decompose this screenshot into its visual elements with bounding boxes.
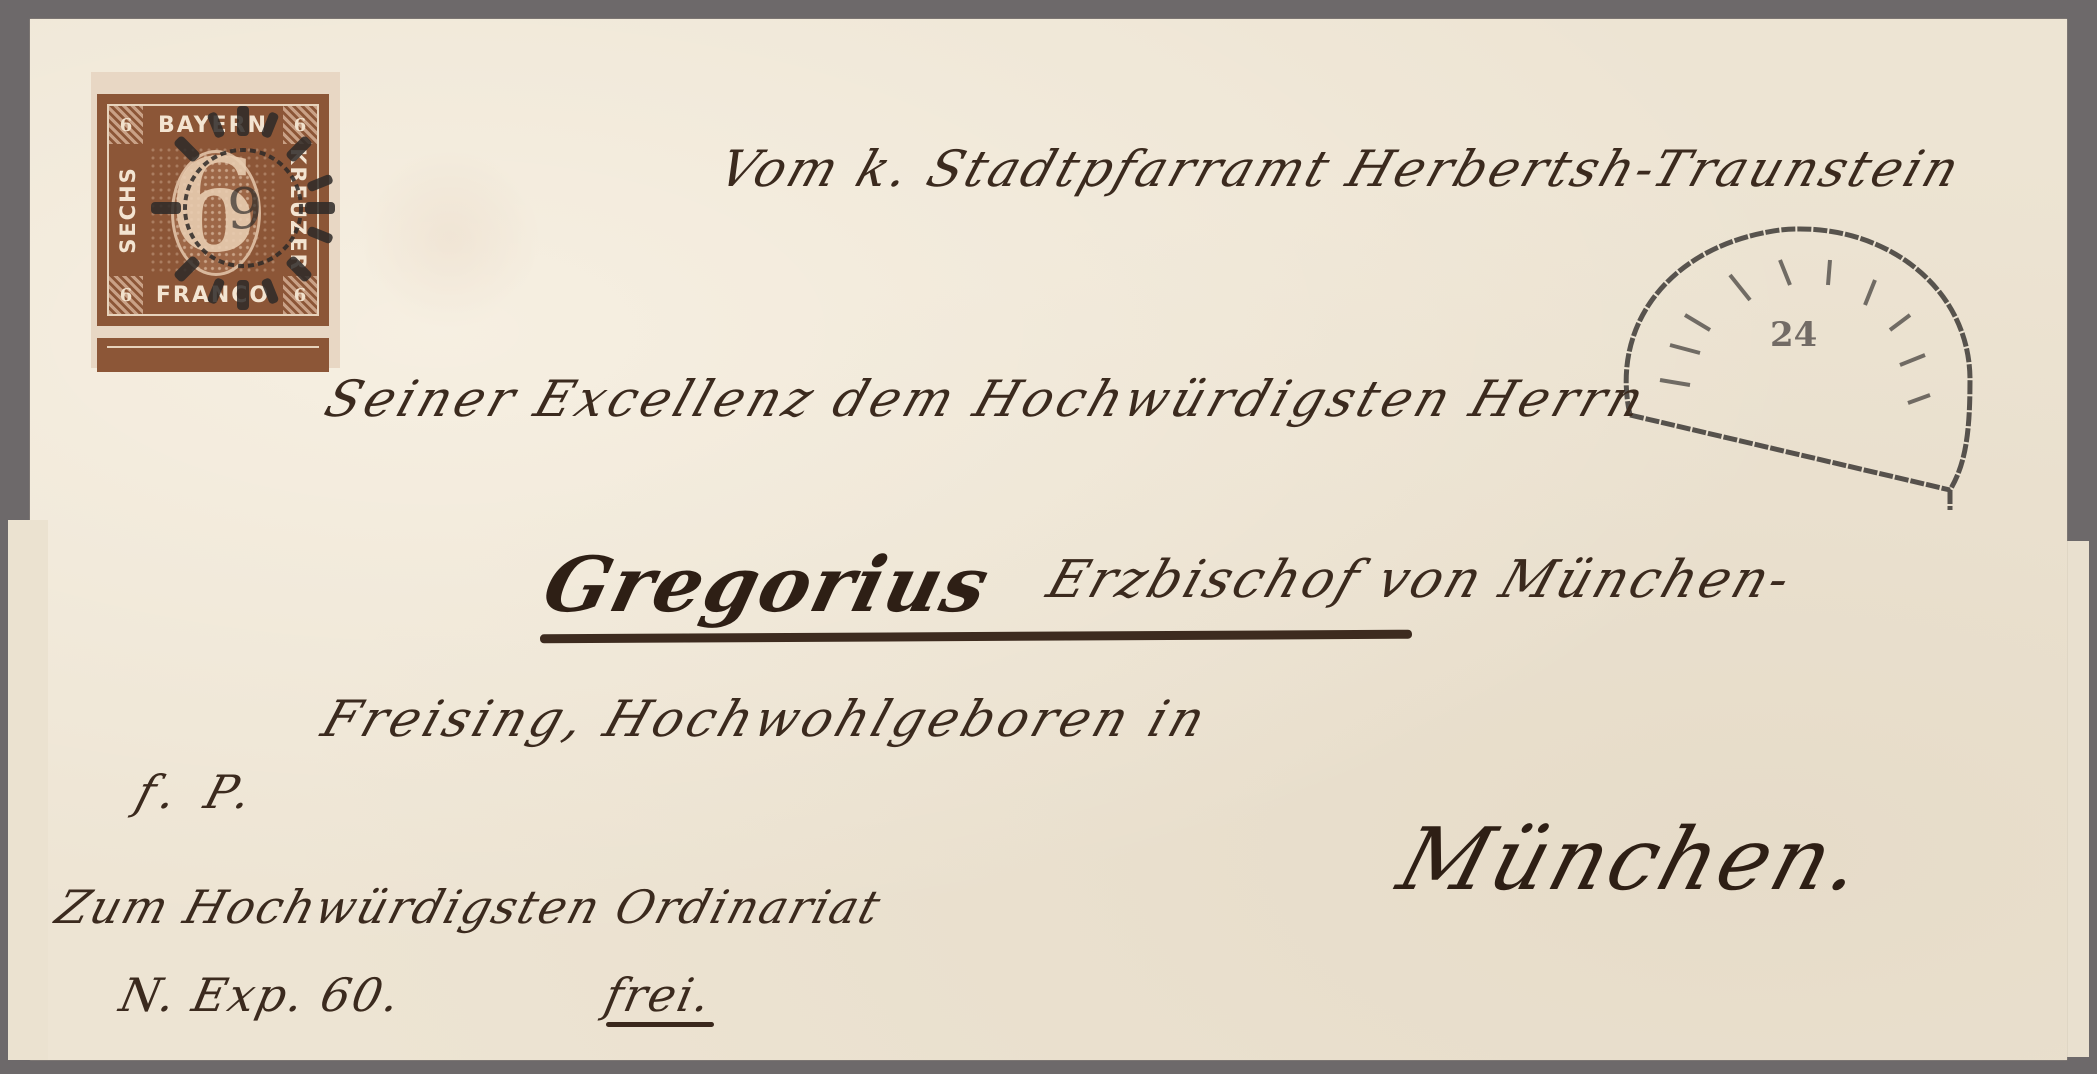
destination-city: München.: [1388, 810, 1877, 910]
address-line-freising: Freising, Hochwohlgeboren in: [315, 690, 1216, 748]
note-ordinariat: Zum Hochwürdigsten Ordinariat: [50, 880, 888, 934]
postmark-date: 24: [1770, 315, 1817, 355]
half-circle-postmark-icon: [1590, 205, 1990, 525]
note-exp-number: N. Exp. 60.: [115, 968, 406, 1022]
recipient-name: Gregorius: [535, 540, 999, 629]
address-honorific-line: Seiner Excellenz dem Hochwürdigsten Herr…: [318, 370, 1655, 428]
stamp-adjacent-frame-line: [107, 346, 319, 348]
frei-underline: [606, 1022, 714, 1027]
note-fp: f. P.: [130, 765, 266, 819]
sender-line: Vom k. Stadtpfarramt Herbertsh-Traunstei…: [712, 140, 1969, 198]
paper-lower-left-edge: [8, 520, 48, 1060]
mill-wheel-cancel-icon: 9: [145, 100, 355, 320]
stamp-adjacent-margin: [97, 334, 329, 372]
note-frei: frei.: [600, 968, 717, 1022]
svg-text:9: 9: [227, 177, 263, 242]
recipient-title: Erzbischof von München-: [1040, 550, 1800, 610]
